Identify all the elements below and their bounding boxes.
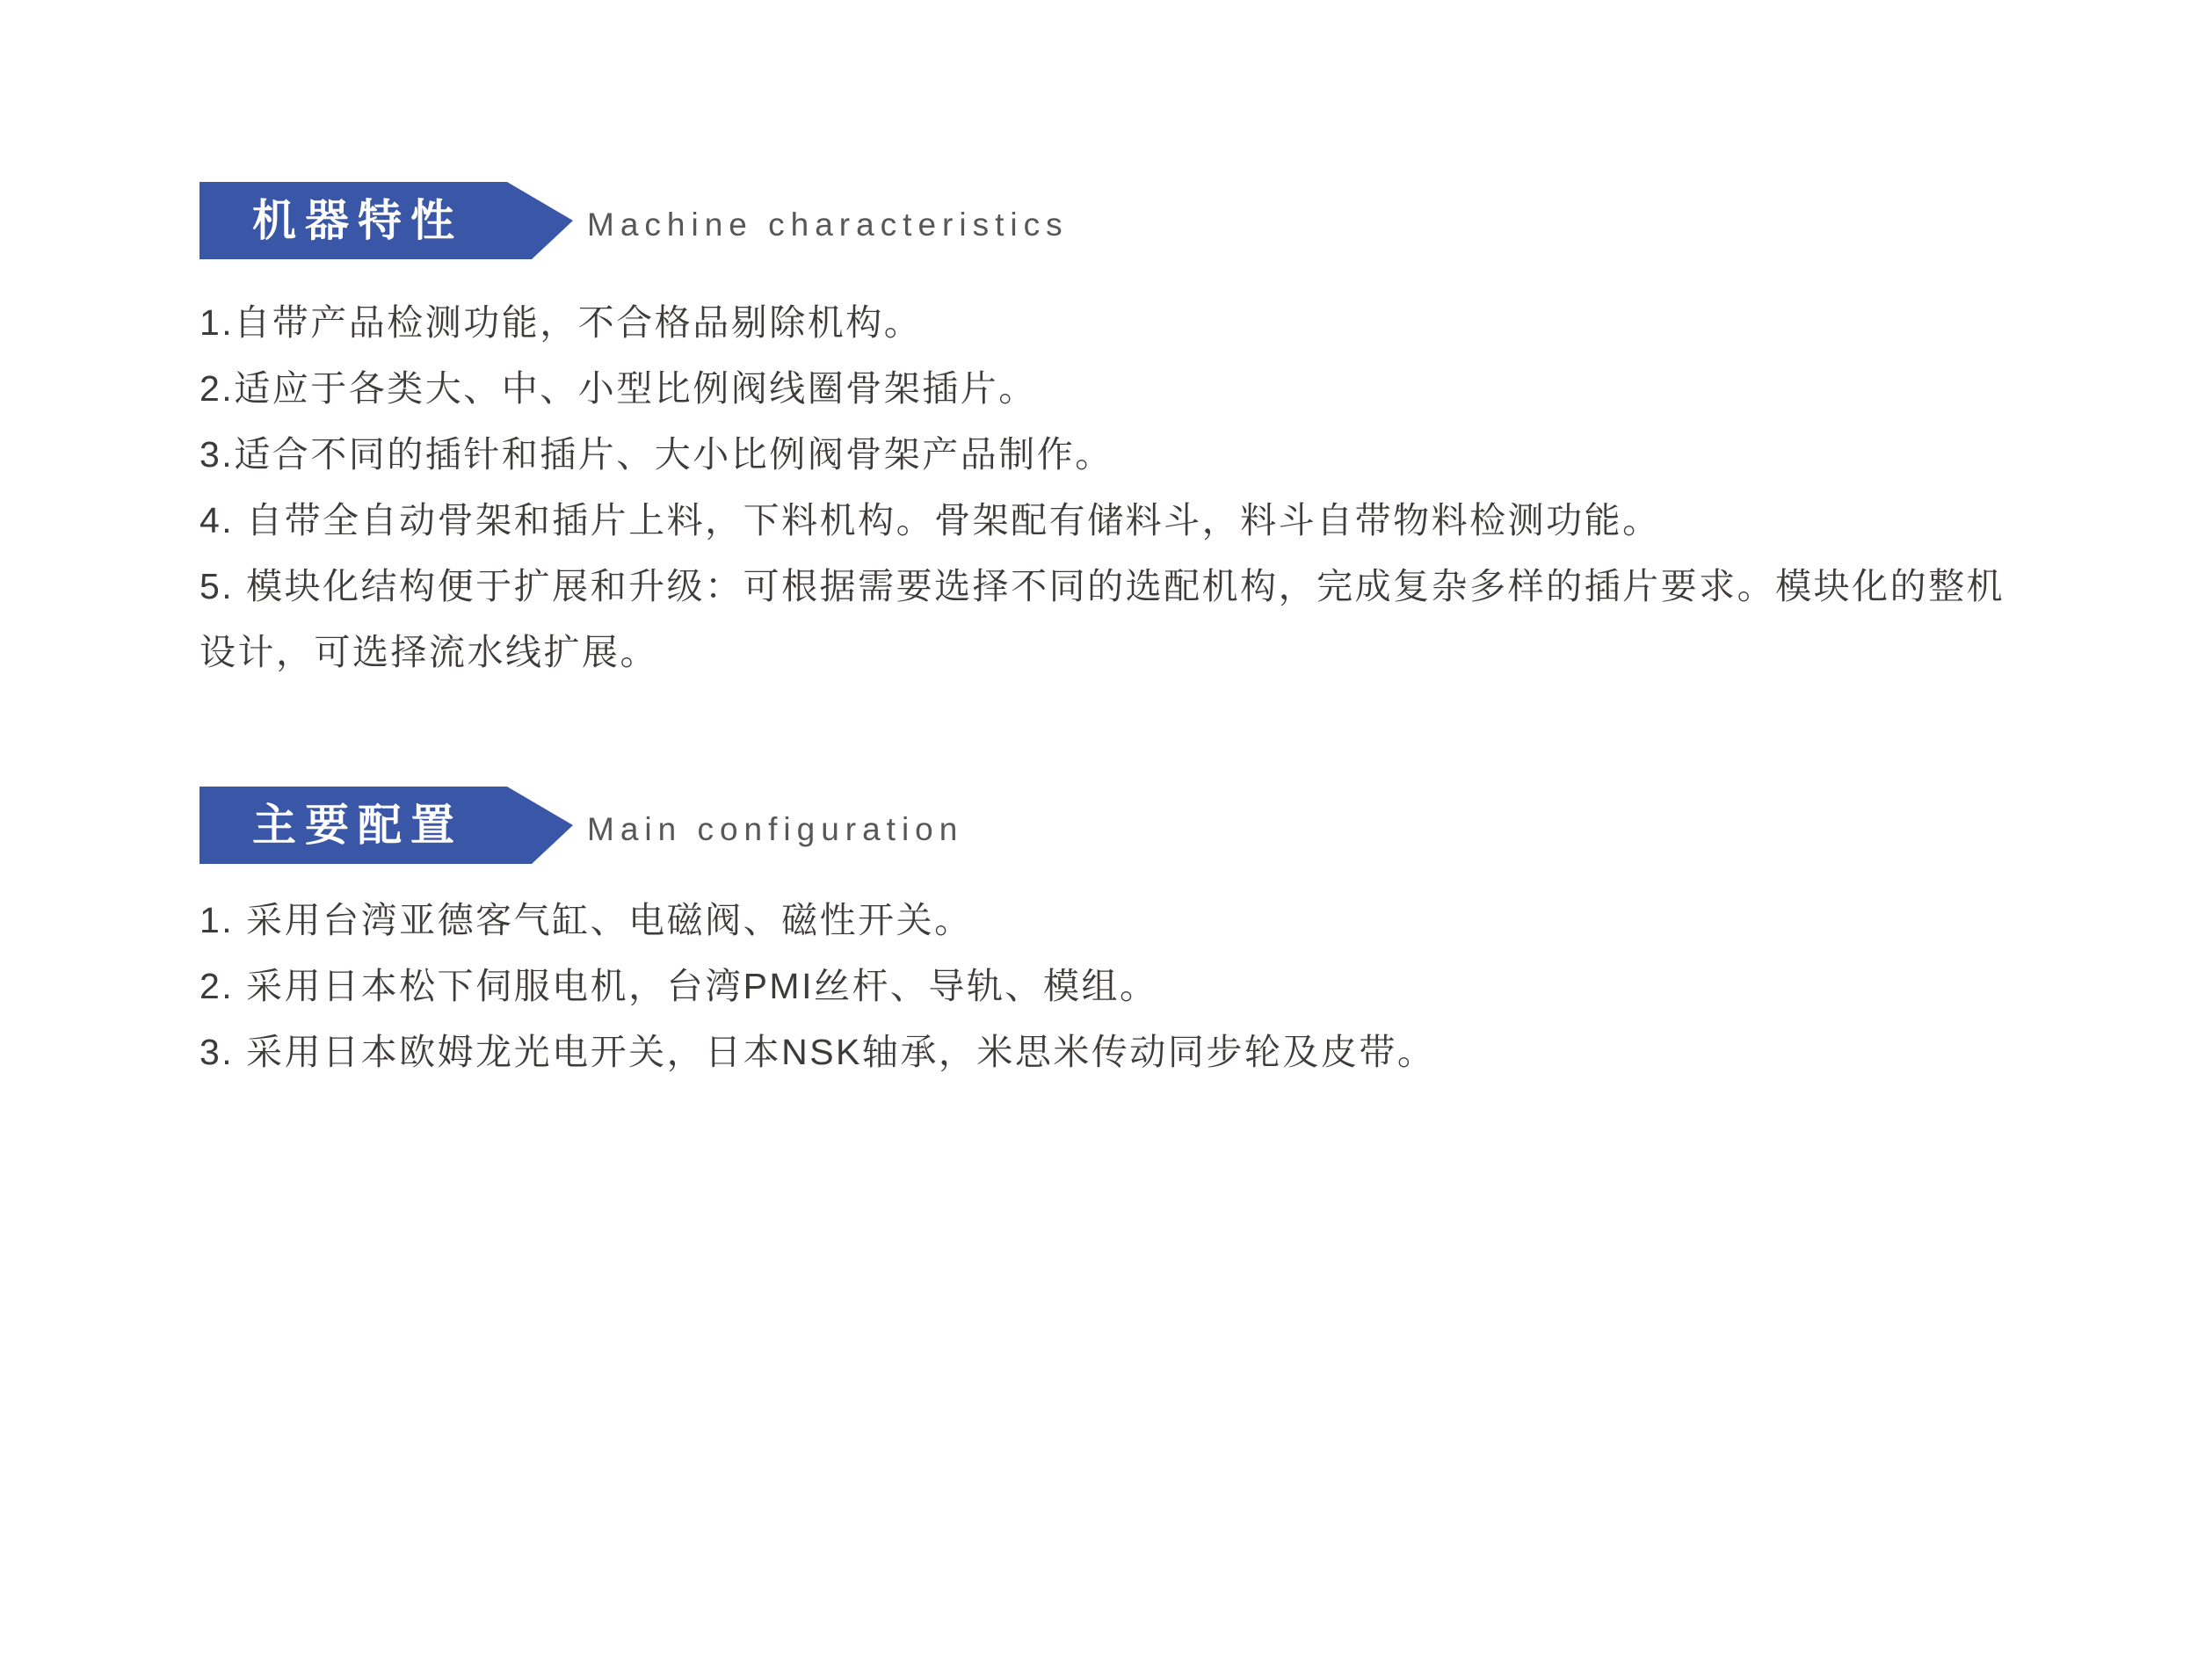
section-title-zh: 主要配置 [199, 803, 507, 847]
section-title-en: Machine characteristics [587, 198, 1069, 243]
feature-item: 3.适合不同的插针和插片、大小比例阀骨架产品制作。 [199, 422, 2133, 488]
feature-item: 2.适应于各类大、中、小型比例阀线圈骨架插片。 [199, 356, 2133, 422]
section-banner-arrow: 机器特性 [199, 182, 573, 259]
config-item: 1. 采用台湾亚德客气缸、电磁阀、磁性开关。 [199, 888, 2133, 954]
config-item: 3. 采用日本欧姆龙光电开关，日本NSK轴承，米思米传动同步轮及皮带。 [199, 1019, 2133, 1085]
feature-item: 4. 自带全自动骨架和插片上料，下料机构。骨架配有储料斗，料斗自带物料检测功能。 [199, 488, 2133, 554]
section-header-main-configuration: 主要配置 Main configuration [199, 787, 2133, 864]
section-banner-arrow: 主要配置 [199, 787, 573, 864]
feature-item: 5. 模块化结构便于扩展和升级：可根据需要选择不同的选配机构，完成复杂多样的插片… [199, 554, 2133, 685]
section-title-zh: 机器特性 [199, 199, 507, 243]
feature-item: 1.自带产品检测功能，不合格品剔除机构。 [199, 290, 2133, 356]
section-title-en: Main configuration [587, 802, 963, 848]
content-column: 机器特性 Machine characteristics 1.自带产品检测功能，… [199, 182, 2133, 1085]
config-item: 2. 采用日本松下伺服电机，台湾PMI丝杆、导轨、模组。 [199, 954, 2133, 1019]
feature-list: 1.自带产品检测功能，不合格品剔除机构。 2.适应于各类大、中、小型比例阀线圈骨… [199, 290, 2133, 685]
page: 机器特性 Machine characteristics 1.自带产品检测功能，… [0, 0, 2212, 1661]
section-header-machine-characteristics: 机器特性 Machine characteristics [199, 182, 2133, 259]
config-list: 1. 采用台湾亚德客气缸、电磁阀、磁性开关。 2. 采用日本松下伺服电机，台湾P… [199, 888, 2133, 1085]
